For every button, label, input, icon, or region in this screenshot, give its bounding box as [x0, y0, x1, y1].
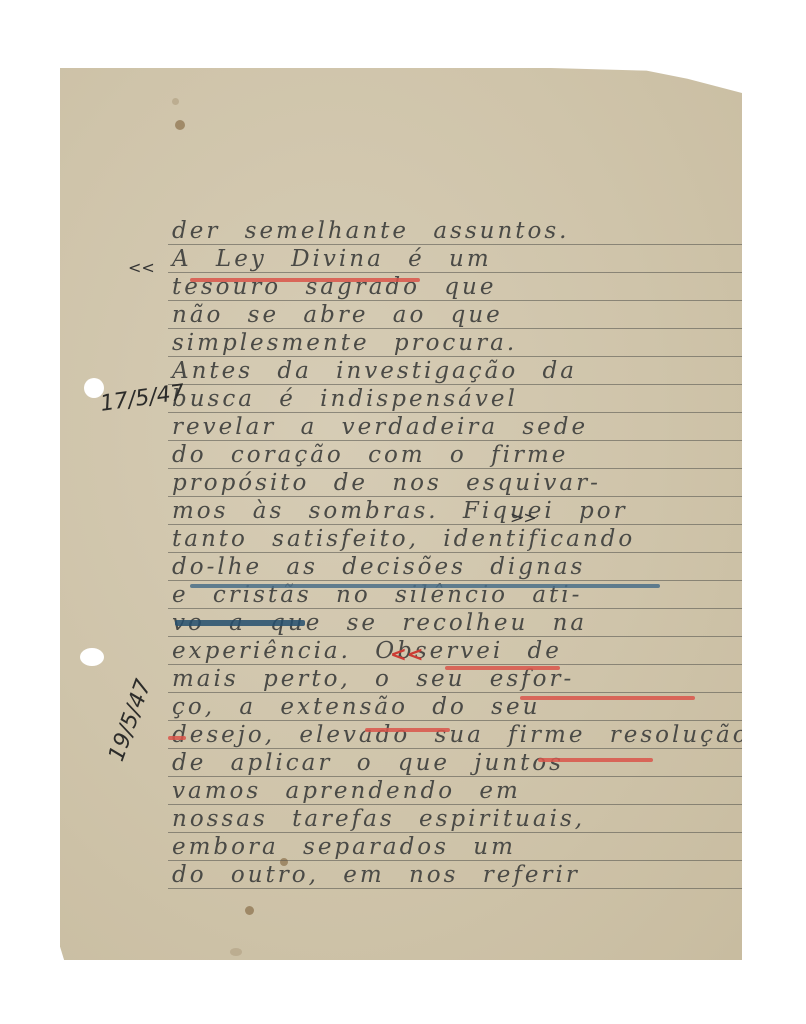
stain	[230, 948, 242, 956]
red-underline	[365, 728, 450, 732]
close-quote-mark: >>	[510, 508, 537, 527]
red-underline	[445, 666, 560, 670]
manuscript-line: do outro, em nos referir	[172, 862, 738, 896]
red-underline	[520, 696, 695, 700]
red-underline	[168, 736, 186, 740]
blue-underline	[175, 620, 305, 626]
blue-underline	[190, 584, 660, 588]
punch-hole	[80, 648, 104, 666]
stain	[175, 120, 185, 130]
margin-date: 19/5/47	[104, 676, 156, 764]
open-quote-mark: <<	[128, 258, 155, 277]
stain	[245, 906, 254, 915]
stain	[172, 98, 179, 105]
red-arrow-mark: <<	[390, 642, 424, 666]
red-underline	[190, 278, 420, 282]
manuscript-page: der semelhante assuntos. A Ley Divina é …	[60, 68, 742, 960]
red-underline	[538, 758, 653, 762]
